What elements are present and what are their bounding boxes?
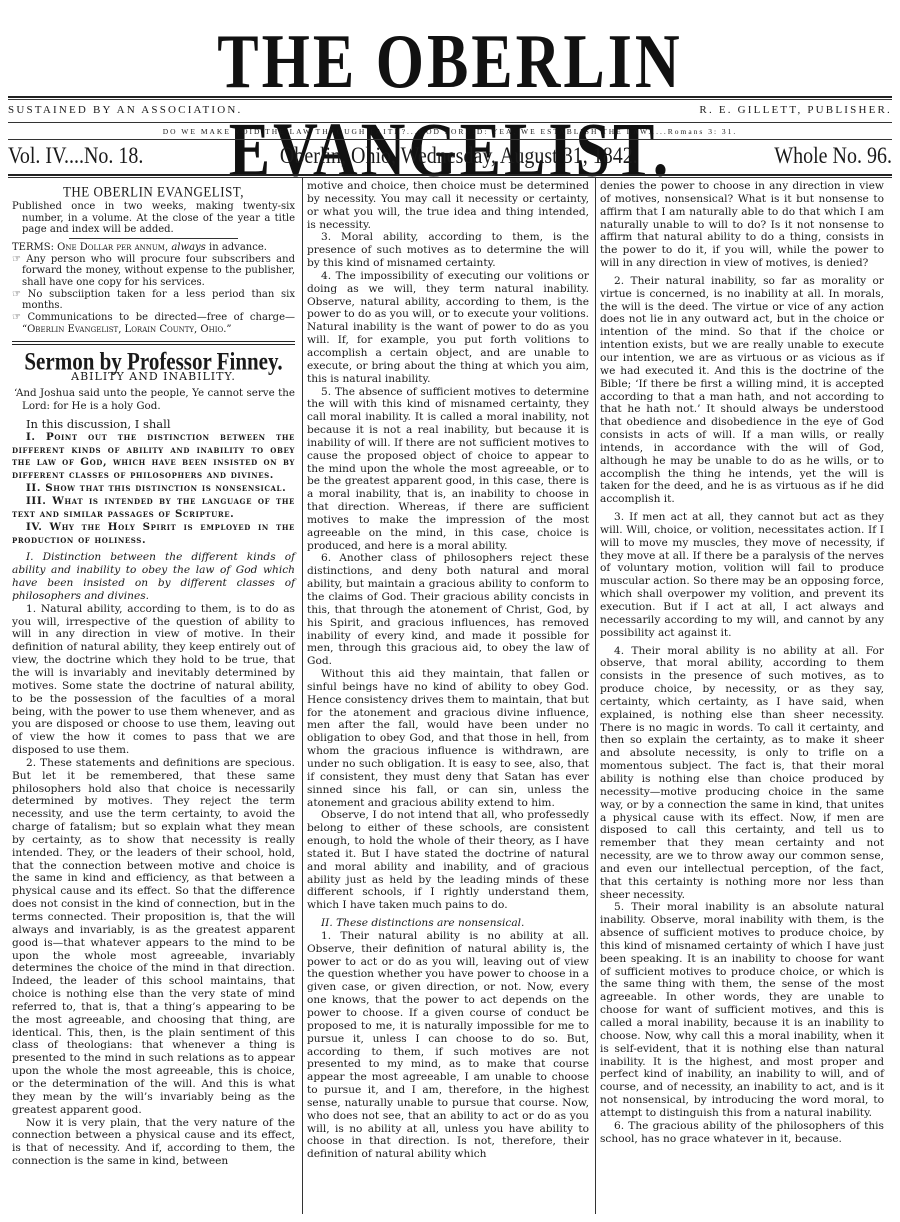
article-title: Sermon by Professor Finney. [12, 353, 295, 368]
paragraph: 3. If men act at all, they cannot but ac… [600, 511, 884, 639]
section-heading: II. These distinctions are nonsensical. [307, 917, 589, 930]
paragraph: Observe, I do not intend that all, who p… [307, 809, 589, 912]
sustained-label: SUSTAINED BY AN ASSOCIATION. [8, 104, 243, 118]
column-rule [302, 178, 303, 1214]
outline-item: IV. Why the Holy Spirit is employed in t… [12, 521, 295, 547]
column-2: motive and choice, then choice must be d… [307, 180, 589, 1222]
paragraph: 5. Their moral inability is an absolute … [600, 901, 884, 1119]
paragraph: Without this aid they maintain, that fal… [307, 668, 589, 809]
issue-date: Oberlin, Ohio, Wednesday, August 31, 184… [280, 143, 638, 169]
paragraph: 2. Their natural inability, so far as mo… [600, 275, 884, 506]
pointing-hand-icon: ☞ [12, 254, 21, 265]
section-heading: I. Distinction between the different kin… [12, 551, 295, 602]
masthead-subline: SUSTAINED BY AN ASSOCIATION. R. E. GILLE… [8, 104, 892, 118]
scripture-text: ‘And Joshua said unto the people, Ye can… [12, 387, 295, 413]
volume-number: Vol. IV....No. 18. [8, 143, 143, 169]
column-rule [595, 178, 596, 1214]
paragraph: 3. Moral ability, according to them, is … [307, 231, 589, 270]
divider [8, 174, 892, 176]
outline-item: II. Show that this distinction is nonsen… [12, 482, 295, 495]
divider [8, 177, 892, 178]
divider [8, 99, 892, 100]
paragraph: 6. The gracious ability of the philosoph… [600, 1120, 884, 1146]
paragraph: 4. The impossibility of executing our vo… [307, 270, 589, 386]
paragraph: 1. Natural ability, according to them, i… [12, 603, 295, 757]
notice-item: ☞ Any person who will procure four subsc… [12, 254, 295, 289]
paragraph: motive and choice, then choice must be d… [307, 180, 589, 231]
intro: In this discussion, I shall [12, 418, 295, 431]
divider [8, 122, 892, 123]
paragraph: 5. The absence of sufficient motives to … [307, 386, 589, 553]
publication-info: Published once in two weeks, making twen… [12, 201, 295, 236]
divider [12, 341, 295, 345]
terms: TERMS: One Dollar per annum, always in a… [12, 242, 295, 254]
notice-item: ☞ No subsciiption taken for a less perio… [12, 289, 295, 312]
divider [8, 139, 892, 140]
divider [69, 238, 239, 239]
publisher-label: R. E. GILLETT, PUBLISHER. [699, 104, 892, 118]
paragraph: 2. These statements and definitions are … [12, 757, 295, 1117]
paragraph: Now it is very plain, that the very natu… [12, 1117, 295, 1168]
paragraph: 1. Their natural ability is no ability a… [307, 930, 589, 1161]
outline-item: I. Point out the distinction between the… [12, 431, 295, 482]
column-1: THE OBERLIN EVANGELIST, Published once i… [12, 180, 295, 1222]
pointing-hand-icon: ☞ [12, 312, 21, 323]
dateline: Vol. IV....No. 18. Oberlin, Ohio, Wednes… [8, 141, 892, 171]
whole-number: Whole No. 96. [774, 143, 892, 169]
notice-title: THE OBERLIN EVANGELIST, [12, 185, 295, 200]
subscription-notice: Published once in two weeks, making twen… [12, 201, 295, 336]
notice-item: ☞ Communications to be directed—free of … [12, 312, 295, 335]
divider [8, 96, 892, 98]
paragraph: 4. Their moral ability is no ability at … [600, 645, 884, 902]
column-3: denies the power to choose in any direct… [600, 180, 884, 1222]
paragraph: denies the power to choose in any direct… [600, 180, 884, 270]
pointing-hand-icon: ☞ [12, 289, 21, 300]
paragraph: 6. Another class of philosophers reject … [307, 552, 589, 668]
motto: DO WE MAKE VOID THE LAW THROUGH FAITH?..… [0, 127, 900, 136]
outline-item: III. What is intended by the language of… [12, 495, 295, 521]
